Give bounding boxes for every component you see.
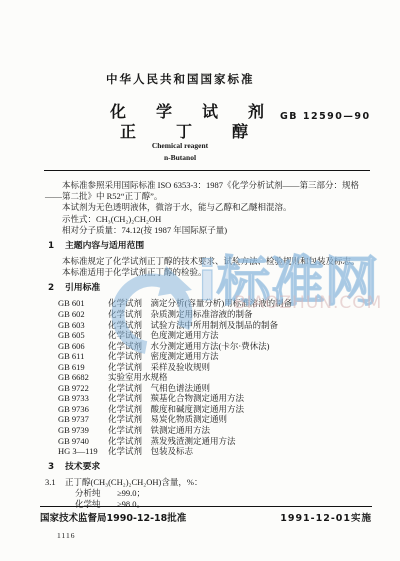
reference-title: 化学试剂 采样及验收规则 [108,362,210,372]
section3-number: 3 [48,462,65,473]
reference-code: GB 611 [58,351,108,362]
english-title-block: Chemical reagent n-Butanol [80,140,280,164]
section2-title: 引用标准 [65,283,100,293]
reference-title: 化学试剂 杂质测定用标准溶液的制备 [108,309,253,319]
reference-title: 化学试剂 试验方法中所用制剂及制品的制备 [108,320,278,330]
section1-paragraph-2: 本标准适用于化学试剂正丁醇的检验。 [45,267,372,278]
implementation-note: 1991-12-01实施 [280,510,372,524]
reference-title: 化学试剂 水分测定通用方法(卡尔·费休法) [108,341,270,351]
reference-title: 化学试剂 密度测定通用方法 [108,351,219,361]
reference-code: GB 605 [58,330,108,341]
reference-code: GB 606 [58,341,108,352]
foreword-paragraph-2: 本试剂为无色透明液体，微溶于水，能与乙醇和乙醚相混溶。 [45,202,372,213]
reference-item: GB 601化学试剂 滴定分析(容量分析)用标准溶液的制备 [58,298,372,309]
reference-item: GB 9722化学试剂 气相色谱法通则 [58,383,372,394]
section1-title: 主题内容与适用范围 [65,241,144,251]
reference-title: 化学试剂 易炭化物质测定通则 [108,414,227,424]
reference-code: GB 9736 [58,404,108,415]
grade-row-analytical: 分析纯≥99.0； [75,488,372,499]
grade-name: 分析纯 [75,488,117,499]
reference-item: GB 9733化学试剂 羰基化合物测定通用方法 [58,393,372,404]
reference-title: 化学试剂 铁测定通用方法 [108,425,210,435]
reference-code: GB 9733 [58,393,108,404]
document-title-line2: 正丁醇 [120,119,288,142]
reference-item: GB 9740化学试剂 蒸发残渣测定通用方法 [58,436,372,447]
national-standard-header: 中华人民共和国国家标准 [106,71,255,87]
reference-code: GB 9739 [58,425,108,436]
reference-item: GB 9736化学试剂 酸度和碱度测定通用方法 [58,404,372,415]
reference-title: 化学试剂 羰基化合物测定通用方法 [108,393,244,403]
reference-code: GB 9722 [58,383,108,394]
english-title-line1: Chemical reagent [80,140,280,152]
header-divider [44,170,370,171]
reference-item: GB 6682实验室用水规格 [58,372,372,383]
section3-title: 技术要求 [65,462,100,472]
reference-code: GB 619 [58,362,108,373]
reference-item: GB 9737化学试剂 易炭化物质测定通则 [58,414,372,425]
approval-note: 国家技术监督局1990-12-18批准 [40,510,186,524]
grade-value: ≥98.0。 [117,499,145,509]
reference-title: 实验室用水规格 [108,372,168,382]
reference-code: GB 6682 [58,372,108,383]
section3-heading: 3技术要求 [48,462,372,473]
section1-paragraph-1: 本标准规定了化学试剂正丁醇的技术要求、试验方法、检验规则和包装及标志。 [45,256,372,267]
section2-heading: 2引用标准 [48,283,372,294]
grade-value: ≥99.0； [117,488,145,498]
reference-title: 化学试剂 色度测定通用方法 [108,330,219,340]
document-body: 本标准参照采用国际标准 ISO 6353-3：1987《化学分析试剂——第三部分… [45,180,372,510]
reference-title: 化学试剂 蒸发残渣测定通用方法 [108,436,236,446]
reference-code: GB 602 [58,309,108,320]
clause-3-1-number: 3.1 [45,477,65,488]
reference-item: GB 602化学试剂 杂质测定用标准溶液的制备 [58,309,372,320]
english-title-line2: n-Butanol [80,152,280,164]
reference-code: GB 601 [58,298,108,309]
clause-3-1-text: 正丁醇(CH₃(CH₂)₂CH₂OH)含量，%： [65,477,202,487]
section2-number: 2 [48,283,65,294]
section1-heading: 1主题内容与适用范围 [48,241,372,252]
grade-name: 化学纯 [75,499,117,510]
grade-row-chemical: 化学纯≥98.0。 [75,499,372,510]
reference-item: GB 9739化学试剂 铁测定通用方法 [58,425,372,436]
reference-code: GB 9737 [58,414,108,425]
reference-item: GB 603化学试剂 试验方法中所用制剂及制品的制备 [58,320,372,331]
reference-item: GB 605化学试剂 色度测定通用方法 [58,330,372,341]
molecular-weight-line: 相对分子质量：74.12(按 1987 年国际原子量) [45,225,372,236]
reference-item: GB 611化学试剂 密度测定通用方法 [58,351,372,362]
standard-number: GB 12590—90 [280,111,371,122]
reference-item: GB 606化学试剂 水分测定通用方法(卡尔·费休法) [58,341,372,352]
foreword-paragraph-1: 本标准参照采用国际标准 ISO 6353-3：1987《化学分析试剂——第三部分… [45,180,372,202]
page-number: 1116 [57,531,75,540]
formula-line: 示性式：CH₃(CH₂)₂CH₂OH [45,214,372,225]
standard-document-page: 中华人民共和国国家标准 化学试剂 GB 12590—90 正丁醇 Chemica… [0,0,400,561]
clause-3-1: 3.1正丁醇(CH₃(CH₂)₂CH₂OH)含量，%： [45,477,372,488]
section1-number: 1 [48,241,65,252]
reference-title: 化学试剂 酸度和碱度测定通用方法 [108,404,244,414]
reference-code: GB 603 [58,320,108,331]
referenced-standards-list: GB 601化学试剂 滴定分析(容量分析)用标准溶液的制备 GB 602化学试剂… [58,298,372,456]
reference-code: GB 9740 [58,436,108,447]
reference-item: GB 619化学试剂 采样及验收规则 [58,362,372,373]
reference-title: 化学试剂 包装及标志 [108,446,193,456]
footer-divider [40,506,372,507]
reference-title: 化学试剂 气相色谱法通则 [108,383,210,393]
reference-code: HG 3—119 [58,446,108,457]
reference-title: 化学试剂 滴定分析(容量分析)用标准溶液的制备 [108,298,292,308]
reference-item: HG 3—119化学试剂 包装及标志 [58,446,372,457]
